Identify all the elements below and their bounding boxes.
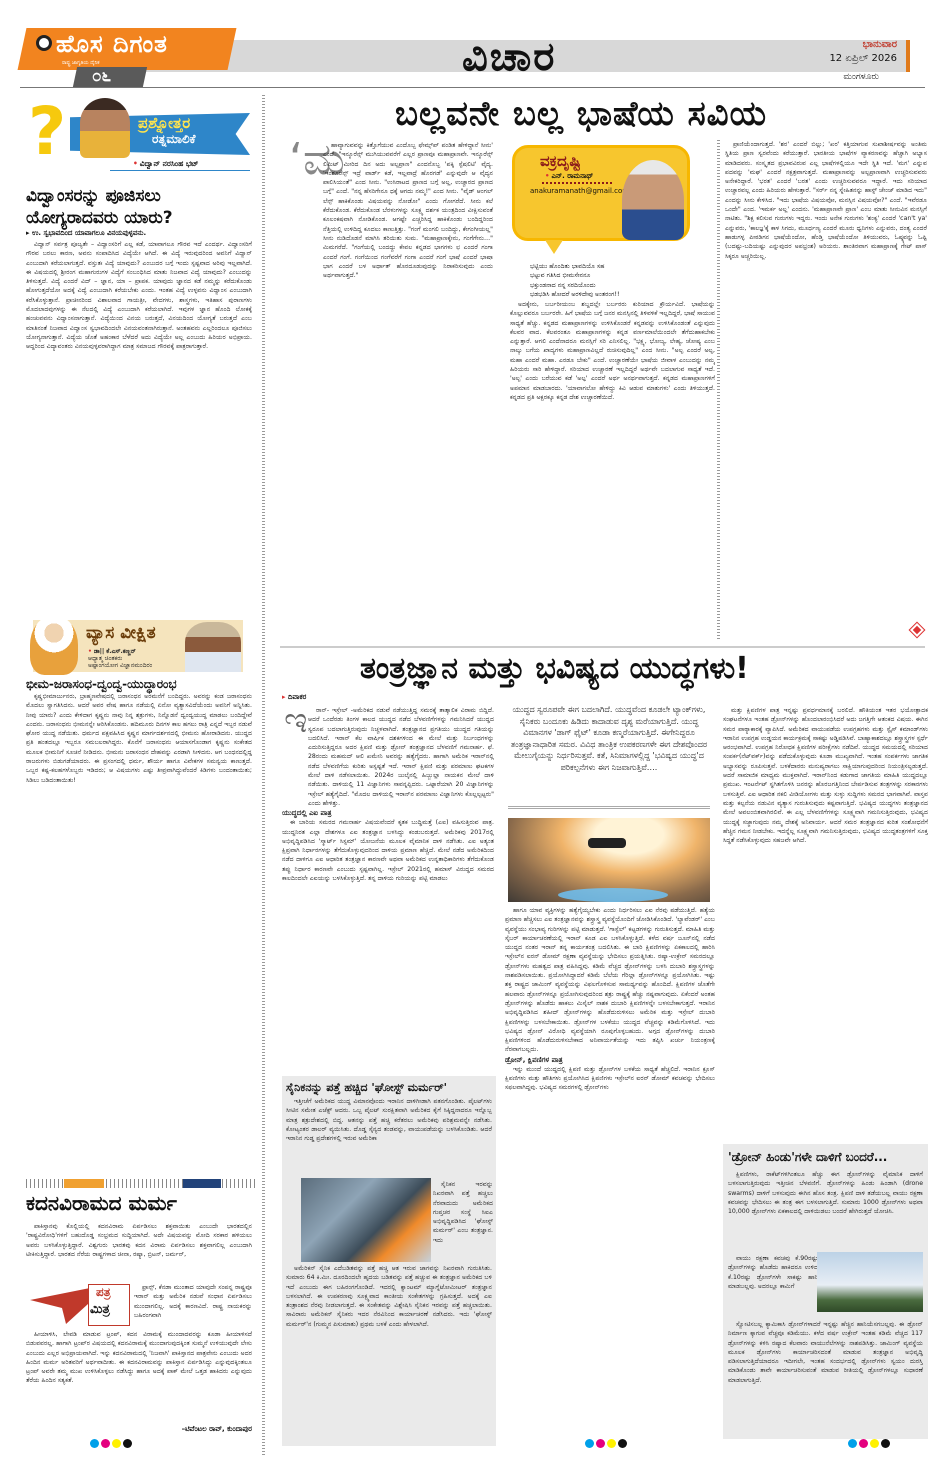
date-text: 12 ಏಪ್ರಿಲ್ 2026	[829, 52, 897, 66]
section-title: ವಿಚಾರ	[462, 34, 556, 80]
registration-marks-center	[585, 1439, 627, 1448]
date-day: ಭಾನುವಾರ	[829, 38, 897, 52]
pull-quote-rule	[508, 806, 710, 809]
poem-line: ಭಕ್ತುಂಡನಾದ ನನ್ನ ಸರದಿಯೊಂದು	[530, 281, 619, 290]
cyan-dot-icon	[90, 1439, 99, 1448]
patra-mitra-line2: ಮಿತ್ರ	[90, 1302, 110, 1317]
poem-line: ಭಟ್ಟುವ ಗತಿಸಿದ ಭೀಮಸೇನನೂ	[530, 271, 619, 280]
yellow-dot-icon	[112, 1439, 121, 1448]
patra-mitra-line1: ಪತ್ರ	[96, 1285, 111, 1300]
qa-author: ವಿದ್ವಾನ್ ನರಸಿಂಹ ಭಟ್	[133, 159, 198, 169]
vyasa-body: ಕೃಷ್ಣಭೀಮಾರ್ಜುನರು, ಬ್ರಾಹ್ಮಣವೇಷದಲ್ಲಿ ಜರಾಸಂ…	[26, 692, 252, 1172]
pull-quote: ಯುದ್ಧದ ಸ್ವರೂಪವೇ ಈಗ ಬದಲಾಗಿದೆ. ಯುದ್ಧವೆಂದ ಕ…	[505, 704, 713, 773]
dotted-divider	[542, 182, 612, 184]
ghost-murmur-title[interactable]: ಸೈನಿಕನನ್ನು ಪತ್ತೆ ಹಚ್ಚಿದ 'ಘೋಸ್ಟ್ ಮರ್ಮರ್'	[286, 1081, 447, 1095]
qa-banner-subtitle: ರತ್ನಮಾಲಿಕೆ	[152, 132, 196, 147]
page-number: ೦೬	[92, 66, 111, 86]
subhead-drones-missiles: ಡ್ರೋನ್, ಕ್ಷಿಪಣಿಗಳ ಪಾತ್ರ	[505, 1055, 715, 1065]
black-dot-icon	[881, 1439, 890, 1448]
ghost-murmur-side: ಸೈನಿಕನ ಇರವನ್ನು ನಿಖರವಾಗಿ ಪತ್ತೆ ಹಚ್ಚಲು ನೆರ…	[433, 1180, 493, 1264]
column-divider	[717, 140, 720, 640]
drone-swarm-photo	[817, 1252, 923, 1312]
column-name: ವಕ್ರದೃಷ್ಟಿ	[540, 152, 581, 170]
magenta-dot-icon	[596, 1439, 605, 1448]
vyasa-author-block: ಡಾ|| ಕೆ.ಎಸ್.ಕಣ್ಣನ್ ಆಧ್ಯಾತ್ಮ ಚಿಂತಕರು ಅಷ್ಟ…	[88, 648, 152, 669]
bottom-article-headline[interactable]: ತಂತ್ರಜ್ಞಾನ ಮತ್ತು ಭವಿಷ್ಯದ ಯುದ್ಧಗಳು!	[360, 651, 749, 686]
cyan-dot-icon	[585, 1439, 594, 1448]
yellow-dot-icon	[870, 1439, 879, 1448]
vyasa-author-photo	[185, 622, 241, 672]
date-accent-bar	[906, 40, 910, 72]
author-email[interactable]: anakuramanath@gmail.com	[530, 187, 629, 195]
bottom-article-col2: ಹಾಗೂ ಯಾವ ವ್ಯಕ್ತಿಗಳನ್ನು ಹತ್ಯೆಗೈಯ್ಯಬೇಕು ಎಂ…	[505, 906, 715, 1446]
section-stripe-divider	[26, 1179, 258, 1188]
article-separator	[280, 646, 925, 648]
vyasa-headline[interactable]: ಭೀಮ-ಜರಾಸಂಧ-ದ್ವಂದ್ವ-ಯುದ್ಧಾರಂಭ	[26, 677, 177, 692]
author-photo	[622, 160, 684, 240]
cyan-dot-icon	[848, 1439, 857, 1448]
stripe-orange-accent	[64, 1179, 104, 1188]
newspaper-logo[interactable]: ಹೊಸ ದಿಗಂತ	[56, 30, 168, 58]
logo-emblem-icon	[36, 35, 52, 51]
top-article-author: ಎನ್. ರಾಮನಾಥ್	[545, 172, 593, 181]
letters-body-side: ಫ್ರಾನ್ಸ್, ಕೆನಡಾ ಮುಂತಾದ ಯಾವುದೇ ಸಂಪನ್ನ ರಾಷ…	[134, 1283, 252, 1331]
magenta-dot-icon	[859, 1439, 868, 1448]
end-mark-icon	[910, 623, 924, 637]
qa-headline[interactable]: ವಿದ್ವಾಂಸರನ್ನು ಪೂಜಿಸಲು ಯೋಗ್ಯರಾದವರು ಯಾರು?	[26, 185, 256, 229]
drone-swarm-side: ವಾಯು ರಕ್ಷಣಾ ಕವಚವು ಕೆ.90ರಷ್ಟು ಡ್ರೋನ್‌ಗಳನ್…	[728, 1254, 818, 1322]
sage-illustration	[30, 615, 78, 675]
column-divider-left	[262, 95, 265, 1455]
edition-city: ಮಂಗಳೂರು	[843, 72, 879, 82]
top-article-col1: ಹಾವ್ಯಾಗುವವನ್ನು ಕಿತ್ತೊಗೆಯುವ ಎಂದೊಬ್ಬ ಫೇಮ್ಸ…	[285, 141, 493, 641]
ghost-murmur-body: ಇತ್ತೀಚೆಗೆ ಅಮೆರಿಕದ ಯುದ್ಧ ವಿಮಾನವೊಂದು ಇರಾನಿ…	[286, 1097, 492, 1181]
drone-swarm-body: ಕ್ಷಿಪಣಿಗಳು, ರಾಕೆಟ್‌ಗಳಿಗಿಂತಲೂ ಹೆಚ್ಚು ಈಗ ಡ…	[728, 1170, 923, 1238]
registration-marks-right	[848, 1439, 890, 1448]
bottom-article-col3: ಮತ್ತು ಕ್ಷಿಪಣಿಗಳ ಪಾತ್ರ ಇನ್ನಷ್ಟು ಪ್ರವರ್ಧಮಾ…	[723, 706, 928, 1142]
qa-body: ವಿದ್ವಾನ್ ಸರ್ವತ್ರ ಪೂಜ್ಯತೇ – ವಿದ್ವಾಂಸರಿಗೆ …	[26, 240, 252, 610]
letter-signature: –ಟಿವೆಂಟಲ ರಾವ್, ಕುಂದಾಪುರ	[182, 1425, 252, 1434]
top-article-col2: ಅದಕ್ಕೇನು, ಬರ್ಬರೀಯಂಬ ಶಬ್ದದಲ್ಲೇ ಬರ್ಬರರು ಕು…	[510, 300, 715, 645]
magenta-dot-icon	[101, 1439, 110, 1448]
top-article-headline[interactable]: ಬಲ್ಲವನೇ ಬಲ್ಲ ಭಾಷೆಯ ಸವಿಯ	[395, 94, 767, 134]
vyasa-column-title: ವ್ಯಾಸ ವೀಕ್ಷಿತ	[86, 623, 156, 643]
qa-rule	[110, 170, 250, 171]
black-dot-icon	[123, 1439, 132, 1448]
masthead-rule	[20, 87, 925, 88]
qa-banner-title: ಪ್ರಶ್ನೋತ್ತರ	[138, 114, 190, 132]
qa-answer: ಉ. ಸ್ವಭಾವದಿಂದ ಯಾವಾಗಲೂ ವಿನಯವುಳ್ಳವನು.	[26, 229, 146, 238]
subhead-ai-role: ಯುದ್ಧದಲ್ಲಿ ಎಐ ಪಾತ್ರ	[282, 808, 494, 818]
question-mark-icon: ?	[28, 102, 66, 162]
ghost-murmur-continued: ಅಮೆರಿಕನ್ ಸೈನಿಕ ಎದೆಬಡಿತವನ್ನು ಪತ್ತೆ ಹಚ್ಚಿ …	[286, 1264, 492, 1444]
stripe-blue-accent	[183, 1179, 221, 1188]
top-article-col3: ಪ್ರಾಣಿಯೆಂದಾಗುತ್ತದೆ. 'ಶರ' ಎಂದರೆ ಬಿಲ್ಲು; '…	[725, 140, 927, 620]
drone-warfare-illustration	[508, 818, 710, 902]
letters-headline[interactable]: ಕದನವಿರಾಮದ ಮರ್ಮ	[26, 1191, 177, 1215]
registration-marks-left	[90, 1439, 132, 1448]
dateline: ಭಾನುವಾರ 12 ಏಪ್ರಿಲ್ 2026	[829, 38, 897, 66]
bottom-article-col1: ರಾನ್- ಇಸ್ರೇಲ್ -ಅಮೆರಿಕದ ನಡುವೆ ನಡೆಯುತ್ತಿದ್…	[282, 706, 494, 1046]
speech-bubble-tail	[545, 240, 563, 254]
drone-swarm-title[interactable]: 'ಡ್ರೋನ್ ಹಿಂಡು'ಗಳೇ ದಾಳಿಗೆ ಬಂದರೆ...	[728, 1150, 887, 1165]
poem-line: ಭಡಭಡಿಸಿ ಹೋದರೆ ಅರಳಿದೇವು ಅಂತರಂಗ!!	[530, 290, 619, 299]
black-dot-icon	[618, 1439, 627, 1448]
drone-swarm-continued: ಸ್ವೋಟಿಸಬಲ್ಲ ಕ್ಯಾಮಿಕಾಸಿ ಡ್ರೋನ್‌ಗಳಾದರೆ ಇನ್…	[728, 1320, 923, 1430]
soldier-photo	[301, 1178, 431, 1262]
vyasa-author-role: ಆಧ್ಯಾತ್ಮ ಚಿಂತಕರು	[88, 655, 122, 662]
qa-author-photo	[80, 98, 130, 158]
vyasa-author: ಡಾ|| ಕೆ.ಎಸ್.ಕಣ್ಣನ್	[88, 648, 136, 655]
poem-line: ಭಟ್ಟಿಯು ಹೊಂದಿತು ಭಾವದಿಯೊ ಸಹ	[530, 262, 619, 271]
yellow-dot-icon	[607, 1439, 616, 1448]
letters-body-bottom: ಹೀಯಾಳಿಸಿ, ಲೇವಡಿ ಮಾಡುವ ಟ್ರಂಪ್, ಕದನ ವಿರಾಮಕ…	[26, 1330, 252, 1440]
poem-block: ಭಟ್ಟಿಯು ಹೊಂದಿತು ಭಾವದಿಯೊ ಸಹ ಭಟ್ಟುವ ಗತಿಸಿದ…	[530, 262, 619, 299]
vyasa-author-org: ಅಷ್ಟಾಂಗಯೋಗ ವಿಜ್ಞಾನಮಂದಿರಂ	[88, 662, 152, 669]
letters-body-top: ಪಾಕಿಸ್ತಾನವು ಕೊಲ್ಲಿಯಲ್ಲಿ ಕದನವಿರಾಮ ಏರ್ಪಡಿಸ…	[26, 1222, 252, 1284]
masthead: ಹೊಸ ದಿಗಂತ ರಾಷ್ಟ್ರ ಜಾಗೃತಿಯ ದೈನಿಕ ೦೬ ವಿಚಾರ…	[0, 0, 945, 88]
